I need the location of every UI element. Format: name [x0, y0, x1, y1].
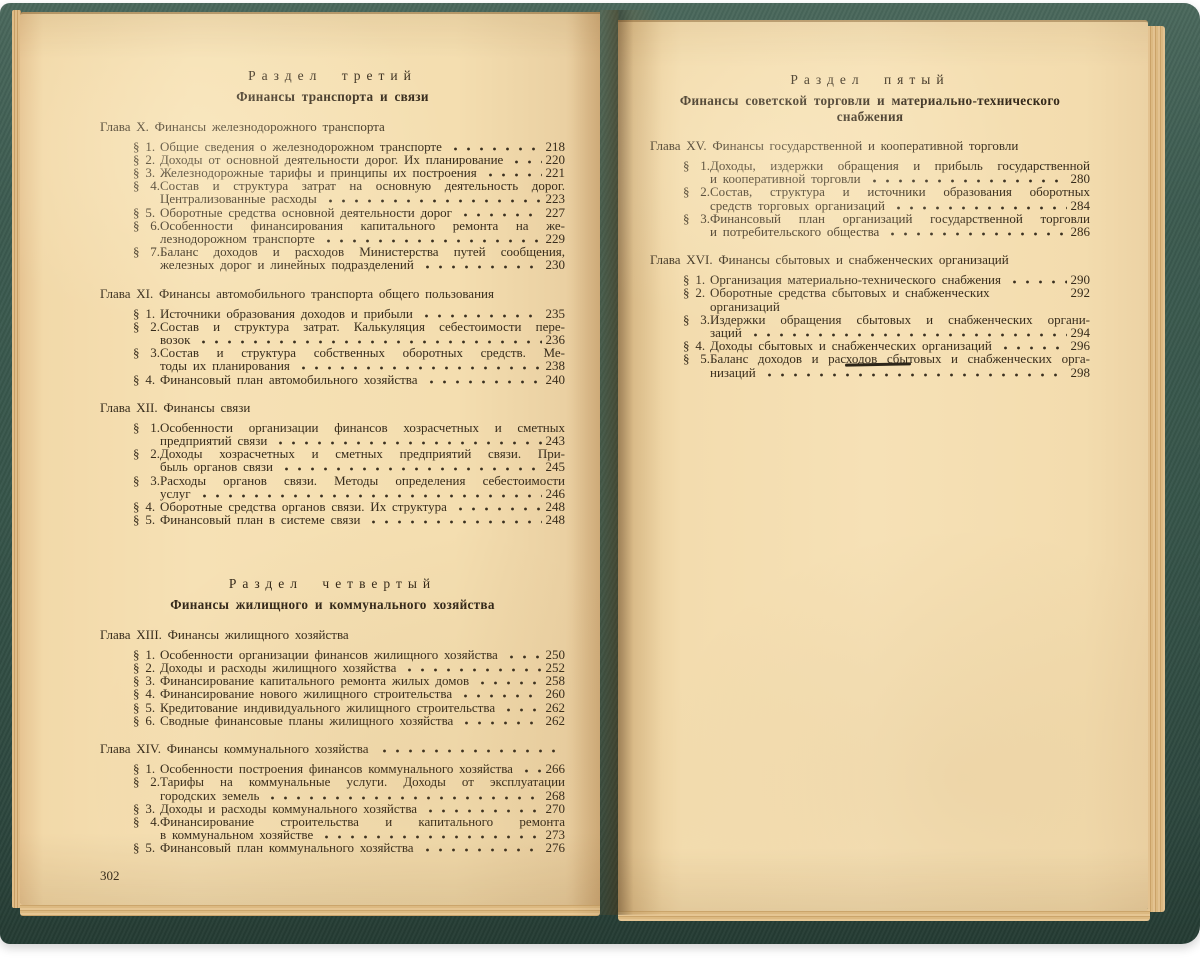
- entry-page-number: 248: [546, 513, 566, 526]
- toc-entry: § 1.Доходы, издержки обращения и прибыль…: [683, 159, 1090, 185]
- dot-leader: [421, 258, 542, 269]
- dot-leader: [1008, 273, 1067, 284]
- entry-page-number: 220: [546, 153, 566, 166]
- dot-leader: [459, 687, 541, 698]
- entry-marker: § 2.: [683, 185, 710, 198]
- toc-chapter: Глава XIV. Финансы коммунального хозяйст…: [100, 742, 565, 854]
- entry-marker: § 6.: [133, 714, 160, 727]
- entry-marker: § 1.: [133, 140, 160, 153]
- dot-leader: [892, 199, 1067, 210]
- entry-marker: § 2.: [683, 286, 710, 299]
- dot-leader: [476, 674, 541, 685]
- entry-last-line: § 2.Доходы от основной деятельности доро…: [133, 153, 565, 166]
- dot-leader: [420, 307, 542, 318]
- section-title: Финансы транспорта и связи: [100, 89, 565, 105]
- entry-last-line: тоды их планирования238: [133, 359, 565, 372]
- entry-last-line: городских земель268: [133, 789, 565, 802]
- toc-entry: § 1.Общие сведения о железнодорожном тра…: [133, 140, 565, 153]
- chapter-heading: Глава XVI. Финансы сбытовых и снабженчес…: [650, 253, 1090, 267]
- toc-chapter: Глава XI. Финансы автомобильного транспо…: [100, 287, 565, 386]
- entry-marker: § 4.: [133, 687, 160, 700]
- entry-text: Финансирование нового жилищного строител…: [160, 687, 452, 700]
- toc-entry: § 3.Расходы органов связи. Методы опреде…: [133, 474, 565, 500]
- entry-marker: § 6.: [133, 219, 160, 232]
- toc-entry: § 2.Доходы хозрасчетных и сметных предпр…: [133, 447, 565, 473]
- toc-entry: § 5.Финансовый план коммунального хозяйс…: [133, 841, 565, 854]
- toc-entry: § 4.Финансирование строительства и капит…: [133, 815, 565, 841]
- toc-entry: § 2.Оборотные средства сбытовых и снабже…: [683, 286, 1090, 312]
- entry-text: низаций: [710, 366, 756, 379]
- dot-leader: [449, 140, 542, 151]
- entry-last-line: § 5.Финансовый план коммунального хозяйс…: [133, 841, 565, 854]
- entry-page-number: 238: [546, 359, 566, 372]
- dot-leader: [378, 742, 561, 753]
- toc-entry: § 2.Доходы от основной деятельности доро…: [133, 153, 565, 166]
- entry-page-number: 268: [546, 789, 566, 802]
- entry-page-number: 230: [546, 258, 566, 271]
- dot-leader: [749, 326, 1067, 337]
- entry-last-line: § 5.Кредитование индивидуального жилищно…: [133, 701, 565, 714]
- entry-text: Финансовый план коммунального хозяйства: [160, 841, 414, 854]
- entry-text: Финансовый план в системе связи: [160, 513, 360, 526]
- toc-section: Раздел третийФинансы транспорта и связиГ…: [100, 68, 565, 526]
- toc-entry: § 6.Сводные финансовые планы жилищного х…: [133, 714, 565, 727]
- dot-leader: [197, 333, 541, 344]
- entry-last-line: железных дорог и линейных подразделений2…: [133, 258, 565, 271]
- section-title: Финансы жилищного и коммунального хозяйс…: [100, 597, 565, 613]
- toc-entry: § 2.Состав, структура и источники образо…: [683, 185, 1090, 211]
- entry-page-number: 262: [546, 701, 566, 714]
- dot-leader: [266, 789, 541, 800]
- entry-text: услуг: [160, 487, 191, 500]
- entry-last-line: низаций298: [683, 366, 1090, 379]
- entry-text: и потребительского общества: [710, 225, 879, 238]
- dot-leader: [324, 192, 542, 203]
- right-page-edge-stack: [1148, 26, 1165, 912]
- entry-marker: § 2.: [133, 320, 160, 333]
- toc-chapter: Глава XV. Финансы государственной и кооп…: [650, 139, 1090, 238]
- dot-leader: [198, 487, 542, 498]
- entry-line: § 3.Расходы органов связи. Методы опреде…: [133, 474, 565, 487]
- entry-last-line: § 4.Финансирование нового жилищного стро…: [133, 687, 565, 700]
- entry-last-line: § 6.Сводные финансовые планы жилищного х…: [133, 714, 565, 727]
- entry-marker: § 3.: [683, 313, 710, 326]
- entry-last-line: услуг246: [133, 487, 565, 500]
- dot-leader: [320, 828, 541, 839]
- entry-marker: § 3.: [133, 802, 160, 815]
- toc-chapter: Глава XII. Финансы связи§ 1.Особенности …: [100, 401, 565, 527]
- toc-entry: § 4.Финансирование нового жилищного стро…: [133, 687, 565, 700]
- dot-leader: [484, 166, 542, 177]
- entry-page-number: 218: [546, 140, 566, 153]
- entry-page-number: 262: [546, 714, 566, 727]
- entry-marker: § 1.: [683, 159, 710, 172]
- left-page: Раздел третийФинансы транспорта и связиГ…: [20, 12, 600, 905]
- section-title: Финансы советской торговли и материально…: [650, 93, 1090, 109]
- dot-leader: [460, 714, 541, 725]
- entry-last-line: § 1.Общие сведения о железнодорожном тра…: [133, 140, 565, 153]
- section-kicker: Раздел третий: [100, 68, 565, 84]
- chapter-heading: Глава XV. Финансы государственной и кооп…: [650, 139, 1090, 153]
- entry-last-line: § 4.Финансовый план автомобильного хозяй…: [133, 373, 565, 386]
- entry-marker: § 1.: [133, 307, 160, 320]
- entry-marker: § 2.: [133, 775, 160, 788]
- entry-marker: § 5.: [683, 352, 710, 365]
- folio-page-number: 302: [100, 868, 565, 884]
- entry-line: § 1.Особенности организации финансов хоз…: [133, 421, 565, 434]
- section-kicker: Раздел четвертый: [100, 576, 565, 592]
- entry-page-number: 292: [1071, 286, 1091, 299]
- chapter-heading-text: Глава XIV. Финансы коммунального хозяйст…: [100, 742, 368, 756]
- toc-entry: § 2.Тарифы на коммунальные услуги. Доход…: [133, 775, 565, 801]
- entry-page-number: 298: [1071, 366, 1091, 379]
- toc-entry: § 3.Издержки обращения сбытовых и снабже…: [683, 313, 1090, 339]
- entry-text: Общие сведения о железнодорожном транспо…: [160, 140, 442, 153]
- entry-page-number: 260: [546, 687, 566, 700]
- entry-page-number: 223: [546, 192, 566, 205]
- toc-entry: § 5.Кредитование индивидуального жилищно…: [133, 701, 565, 714]
- section-kicker: Раздел пятый: [650, 72, 1090, 88]
- dot-leader: [886, 225, 1066, 236]
- entry-marker: § 2.: [133, 153, 160, 166]
- dot-leader: [502, 701, 541, 712]
- entry-marker: § 5.: [133, 841, 160, 854]
- entry-text: Состав и структура затрат. Калькуляция с…: [160, 319, 565, 334]
- dot-leader: [459, 206, 541, 217]
- toc-entry: § 4.Финансовый план автомобильного хозяй…: [133, 373, 565, 386]
- toc-entry: § 4.Состав и структура затрат на основну…: [133, 179, 565, 205]
- toc-entry: § 1.Особенности организации финансов хоз…: [133, 421, 565, 447]
- entry-text: Издержки обращения сбытовых и снабженчес…: [710, 312, 1090, 327]
- dot-leader: [274, 434, 541, 445]
- entry-text: Расходы органов связи. Методы определени…: [160, 473, 565, 488]
- entry-line: § 3.Издержки обращения сбытовых и снабже…: [683, 313, 1090, 326]
- toc-entry: § 2.Состав и структура затрат. Калькуляц…: [133, 320, 565, 346]
- entry-last-line: § 2.Оборотные средства сбытовых и снабже…: [683, 286, 1090, 312]
- toc-chapter: Глава XVI. Финансы сбытовых и снабженчес…: [650, 253, 1090, 379]
- dot-leader: [424, 802, 541, 813]
- toc-chapter: Глава X. Финансы железнодорожного трансп…: [100, 120, 565, 272]
- chapter-heading: Глава X. Финансы железнодорожного трансп…: [100, 120, 565, 134]
- entry-page-number: 276: [546, 841, 566, 854]
- dot-leader: [520, 762, 542, 773]
- dot-leader: [999, 339, 1067, 350]
- toc-section: Раздел пятыйФинансы советской торговли и…: [650, 72, 1090, 379]
- toc-entry: § 6.Особенности финансирования капитальн…: [133, 219, 565, 245]
- entry-marker: § 5.: [133, 701, 160, 714]
- chapter-heading: Глава XIV. Финансы коммунального хозяйст…: [100, 742, 565, 756]
- dot-leader: [454, 500, 542, 511]
- toc-entry: § 5.Финансовый план в системе связи248: [133, 513, 565, 526]
- entry-last-line: § 5.Финансовый план в системе связи248: [133, 513, 565, 526]
- dot-leader: [367, 513, 541, 524]
- entry-last-line: и потребительского общества286: [683, 225, 1090, 238]
- entry-marker: § 3.: [133, 346, 160, 359]
- entry-text: Сводные финансовые планы жилищного хозяй…: [160, 714, 453, 727]
- entry-marker: § 3.: [683, 212, 710, 225]
- entry-line: § 2.Состав и структура затрат. Калькуляц…: [133, 320, 565, 333]
- entry-marker: § 7.: [133, 245, 160, 258]
- entry-text: Финансовый план автомобильного хозяйства: [160, 373, 418, 386]
- right-page: Раздел пятыйФинансы советской торговли и…: [618, 20, 1148, 911]
- dot-leader: [421, 841, 542, 852]
- chapter-heading: Глава XII. Финансы связи: [100, 401, 565, 415]
- dot-leader: [297, 359, 542, 370]
- entry-text: городских земель: [160, 789, 259, 802]
- dot-leader: [322, 232, 542, 243]
- toc-entry: § 7.Баланс доходов и расходов Министерст…: [133, 245, 565, 271]
- toc-chapter: Глава XIII. Финансы жилищного хозяйства§…: [100, 628, 565, 727]
- entry-marker: § 1.: [133, 421, 160, 434]
- toc-entry: § 5.Баланс доходов и расходов сбытовых и…: [683, 352, 1090, 378]
- entry-text: Централизованные расходы: [160, 192, 317, 205]
- dot-leader: [403, 661, 541, 672]
- entry-marker: § 4.: [133, 815, 160, 828]
- dot-leader: [510, 153, 541, 164]
- entry-last-line: Централизованные расходы223: [133, 192, 565, 205]
- right-page-toc: Раздел пятыйФинансы советской торговли и…: [618, 22, 1148, 379]
- entry-line: § 6.Особенности финансирования капитальн…: [133, 219, 565, 232]
- entry-marker: § 5.: [133, 513, 160, 526]
- dot-leader: [505, 648, 542, 659]
- entry-page-number: 286: [1071, 225, 1091, 238]
- toc-section: Раздел четвертыйФинансы жилищного и комм…: [100, 576, 565, 854]
- entry-marker: § 4.: [133, 373, 160, 386]
- toc-entry: § 3.Состав и структура собственных оборо…: [133, 346, 565, 372]
- entry-marker: § 5.: [133, 206, 160, 219]
- dot-leader: [280, 460, 542, 471]
- left-page-toc: Раздел третийФинансы транспорта и связиГ…: [20, 14, 600, 884]
- entry-text: железных дорог и линейных подразделений: [160, 258, 414, 271]
- entry-page-number: 240: [546, 373, 566, 386]
- section-title: снабжения: [650, 109, 1090, 125]
- entry-marker: § 3.: [133, 474, 160, 487]
- entry-text: Оборотные средства сбытовых и снабженчес…: [710, 286, 1060, 312]
- entry-text: тоды их планирования: [160, 359, 290, 372]
- dot-leader: [763, 366, 1067, 377]
- dot-leader: [425, 373, 542, 384]
- book-photo: Раздел третийФинансы транспорта и связиГ…: [0, 0, 1200, 979]
- entry-marker: § 2.: [133, 447, 160, 460]
- entry-marker: § 4.: [133, 179, 160, 192]
- chapter-heading: Глава XI. Финансы автомобильного транспо…: [100, 287, 565, 301]
- entry-text: Кредитование индивидуального жилищного с…: [160, 701, 495, 714]
- entry-text: Доходы от основной деятельности дорог. И…: [160, 153, 503, 166]
- toc-entry: § 3.Финансовый план организаций государс…: [683, 212, 1090, 238]
- entry-line: § 2.Состав, структура и источники образо…: [683, 185, 1090, 198]
- entry-page-number: 246: [546, 487, 566, 500]
- entry-line: § 2.Тарифы на коммунальные услуги. Доход…: [133, 775, 565, 788]
- dot-leader: [868, 172, 1067, 183]
- chapter-heading: Глава XIII. Финансы жилищного хозяйства: [100, 628, 565, 642]
